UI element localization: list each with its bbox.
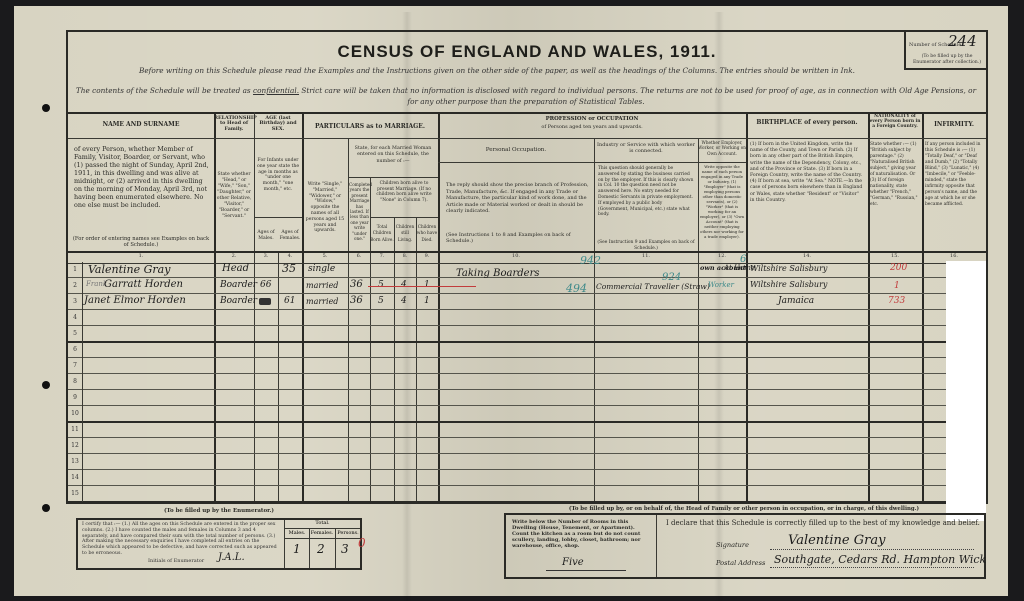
signature-line: [770, 549, 974, 550]
header-nationality-text: State whether :— (1) "British subject by…: [870, 142, 920, 208]
punch-hole: [42, 104, 50, 112]
row-number: 8: [70, 378, 80, 385]
header-rule: [348, 177, 438, 178]
entry-children-living: 4: [401, 296, 407, 306]
table-row: 8: [68, 374, 986, 390]
annotation-employer-code: 6: [740, 254, 746, 265]
header-rule: [68, 138, 214, 139]
household-section-title: (To be filled up by, or on behalf of, th…: [494, 506, 994, 512]
main-form-frame: CENSUS OF ENGLAND AND WALES, 1911. Befor…: [66, 30, 988, 504]
red-strike-line: [368, 286, 476, 287]
header-industry-text: This question should generally be answer…: [598, 166, 694, 218]
entry-children-total: 5: [378, 280, 384, 290]
entry-age-male: 66: [260, 280, 271, 290]
address-label: Postal Address: [716, 559, 765, 567]
entry-birthplace: Wiltshire Salisbury: [750, 264, 827, 273]
col-num: 14.: [746, 253, 868, 259]
row-number: 3: [70, 298, 80, 305]
declaration-text: I declare that this Schedule is correctl…: [666, 519, 980, 527]
header-profession: PROFESSION or OCCUPATION: [438, 116, 746, 122]
header-marriage-years: Completed years the present Marriage has…: [349, 182, 370, 241]
header-name-text: of every Person, whether Member of Famil…: [74, 145, 210, 209]
confidential-prefix: The contents of the Schedule will be tre…: [76, 86, 251, 95]
header-rule: [254, 217, 302, 218]
header-marriage-state: State, for each Married Woman entered on…: [350, 146, 436, 165]
table-row: 15: [68, 486, 986, 503]
header-personal-note: (See Instructions 1 to 8 and Examples on…: [446, 232, 590, 245]
entry-condition: married: [306, 281, 338, 290]
header-rule: [438, 138, 746, 139]
row-number: 14: [70, 474, 80, 481]
table-row: 3: [68, 294, 986, 310]
row-number: 10: [70, 410, 80, 417]
annotation-birthplace-code: 1: [894, 281, 900, 291]
census-schedule-page: CENSUS OF ENGLAND AND WALES, 1911. Befor…: [14, 6, 1008, 596]
rooms-value: Five: [562, 557, 584, 568]
entry-children-living: 4: [401, 280, 407, 290]
col-num: 15.: [868, 253, 922, 259]
col-num: 11.: [594, 253, 698, 259]
header-age: AGE (last Birthday) and SEX.: [254, 116, 302, 132]
table-row: 4: [68, 310, 986, 326]
col-num: 10.: [438, 253, 594, 259]
punch-hole: [42, 381, 50, 389]
enumerator-certification: I certify that :— (1.) All the ages on t…: [82, 522, 278, 557]
header-rule: [438, 162, 746, 163]
annotation-industry-code: 924: [662, 272, 681, 283]
punch-hole: [42, 504, 50, 512]
entry-employer: Worker: [708, 281, 734, 289]
row-number: 9: [70, 394, 80, 401]
entry-name: Valentine Gray: [88, 263, 170, 276]
totals-rule: [285, 538, 360, 539]
schedule-number-note: (To be filled up by the Enumerator after…: [908, 54, 986, 66]
table-row: 9: [68, 390, 986, 406]
ink-blot: [259, 298, 271, 305]
annotation-birthplace-code: 200: [890, 263, 907, 273]
header-children-total: Total Children Born Alive.: [370, 224, 394, 243]
row-number: 15: [70, 490, 80, 497]
row-number: 5: [70, 330, 80, 337]
entry-name: Janet Elmor Horden: [84, 295, 186, 306]
entry-occupation: Taking Boarders: [456, 268, 539, 279]
header-personal-occupation: Personal Occupation.: [438, 147, 594, 153]
table-row: 10: [68, 406, 986, 423]
header-profession-subtitle: of Persons aged ten years and upwards.: [438, 124, 746, 130]
table-row: 12: [68, 438, 986, 454]
table-row: 7: [68, 358, 986, 374]
col-num: 6.: [348, 253, 370, 259]
address-value: Southgate, Cedars Rd. Hampton Wick: [774, 553, 986, 566]
col-num: 1.: [68, 253, 214, 259]
header-rule: [214, 138, 302, 139]
annotation-occupation-code: 942: [580, 254, 601, 267]
col-num: 5.: [302, 253, 348, 259]
col-num: 7.: [370, 253, 394, 259]
header-rule: [370, 217, 438, 218]
table-row: 14: [68, 470, 986, 486]
row-number: 6: [70, 346, 80, 353]
header-birthplace: BIRTHPLACE of every person.: [746, 120, 868, 126]
entry-years-married: 36: [350, 279, 363, 290]
row-number: 2: [70, 282, 80, 289]
rooms-underline: [546, 570, 626, 571]
total-females: 2: [317, 542, 325, 556]
header-relationship: RELATIONSHIP to Head of Family.: [214, 116, 254, 132]
total-persons: 3: [341, 542, 349, 556]
entry-relationship: Boarder: [220, 296, 257, 306]
col-num: 3.: [254, 253, 278, 259]
totals-header: Total.: [285, 520, 360, 529]
header-birthplace-text: (1) If born in the United Kingdom, write…: [750, 142, 864, 204]
header-age-females: Ages of Females.: [278, 230, 302, 243]
confidential-notice: The contents of the Schedule will be tre…: [74, 85, 978, 107]
header-age-males: Ages of Males.: [254, 230, 278, 243]
header-personal-text: The reply should show the precise branch…: [446, 182, 590, 215]
rooms-instructions: Write below the Number of Rooms in this …: [512, 519, 652, 549]
entry-children-died: 1: [424, 296, 430, 306]
instruction-line: Before writing on this Schedule please r…: [68, 66, 926, 75]
header-children-died: Children who have Died.: [416, 224, 438, 243]
entry-children-total: 5: [378, 296, 384, 306]
entry-age-female: 61: [284, 296, 295, 306]
totals-table: Total. Males. Females. Persons. 1 2 3: [284, 520, 360, 568]
annotation-occupation-code: 494: [566, 282, 587, 295]
females-label: Females.: [309, 530, 335, 536]
header-relationship-text: State whether "Head," or "Wife," "Son," …: [216, 172, 252, 220]
males-label: Males.: [285, 530, 309, 536]
signature-value: Valentine Gray: [788, 533, 885, 548]
row-number: 11: [70, 426, 80, 433]
header-marriage: PARTICULARS as to MARRIAGE.: [302, 124, 438, 130]
entry-birthplace: Jamaica: [778, 296, 814, 306]
entry-condition: single: [308, 264, 335, 274]
schedule-number-box: Number of Schedule 244 (To be filled up …: [904, 30, 988, 70]
entry-relationship: Head: [222, 263, 249, 274]
header-nationality: NATIONALITY of every Person born in a Fo…: [868, 114, 922, 130]
redacted-infirmity-area: [946, 261, 986, 521]
header-infirmity: INFIRMITY.: [922, 122, 986, 128]
col-num: 2.: [214, 253, 254, 259]
table-row: 11: [68, 422, 986, 438]
row-number: 7: [70, 362, 80, 369]
entry-age-female: 35: [282, 262, 296, 275]
header-age-text: For Infants under one year state the age…: [256, 158, 300, 193]
header-name: NAME AND SURNAME: [68, 122, 214, 128]
entry-birthplace: Wiltshire Salisbury: [750, 280, 827, 289]
header-industry: Industry or Service with which worker is…: [596, 142, 696, 155]
total-males: 1: [293, 542, 301, 556]
table-row: 13: [68, 454, 986, 470]
header-rule: [746, 138, 986, 139]
confidential-rest: Strict care will be taken that no inform…: [301, 86, 976, 106]
form-title: CENSUS OF ENGLAND AND WALES, 1911.: [68, 42, 986, 62]
header-rule: [302, 138, 438, 139]
header-children-living: Children still Living.: [394, 224, 416, 243]
header-rule: [68, 112, 986, 114]
annotation-red-zero: 0: [358, 536, 366, 550]
table-row: 2: [68, 278, 986, 294]
enumerator-initials: J.A.L.: [218, 552, 245, 563]
header-employer: Whether Employer, Worker, or Working on …: [698, 140, 746, 156]
enumerator-section-title: (To be filled up by the Enumerator.): [74, 508, 364, 514]
header-children: Children born alive to present Marriage.…: [371, 181, 437, 203]
header-employer-text: Write opposite the name of each person e…: [699, 164, 745, 239]
schedule-number-value: 244: [948, 32, 977, 50]
address-line: [770, 567, 974, 568]
rooms-box: Write below the Number of Rooms in this …: [506, 515, 657, 577]
col-num: 4.: [278, 253, 302, 259]
col-num: 16.: [922, 253, 986, 259]
table-row: 6: [68, 342, 986, 358]
row-number: 13: [70, 458, 80, 465]
entry-relationship: Boarder: [220, 280, 257, 290]
col-num: 8.: [394, 253, 416, 259]
signature-label: Signature: [716, 541, 749, 549]
annotation-birthplace-code: 733: [888, 296, 905, 306]
entry-years-married: 36: [350, 295, 363, 306]
header-marriage-condition: Write "Single," "Married," "Widower," or…: [304, 182, 346, 234]
row-number: 1: [70, 266, 80, 273]
col-num: 12.: [698, 253, 746, 259]
confidential-word: confidential.: [253, 86, 299, 95]
entry-condition: married: [306, 297, 338, 306]
entry-children-died: 1: [424, 280, 430, 290]
enumerator-box: I certify that :— (1.) All the ages on t…: [76, 518, 362, 570]
col-num: 9.: [416, 253, 438, 259]
row-number: 4: [70, 314, 80, 321]
household-box: Write below the Number of Rooms in this …: [504, 513, 986, 579]
enumerator-initials-label: Initials of Enumerator: [148, 558, 204, 564]
entry-name: Garratt Horden: [104, 279, 183, 290]
entry-industry: Commercial Traveller (Straw): [596, 282, 710, 291]
header-name-note: (For order of entering names see Example…: [72, 236, 210, 249]
row-number: 12: [70, 442, 80, 449]
header-infirmity-text: If any person included in this Schedule …: [925, 142, 983, 208]
table-row: 5: [68, 326, 986, 343]
row-number-divider: [82, 262, 83, 502]
